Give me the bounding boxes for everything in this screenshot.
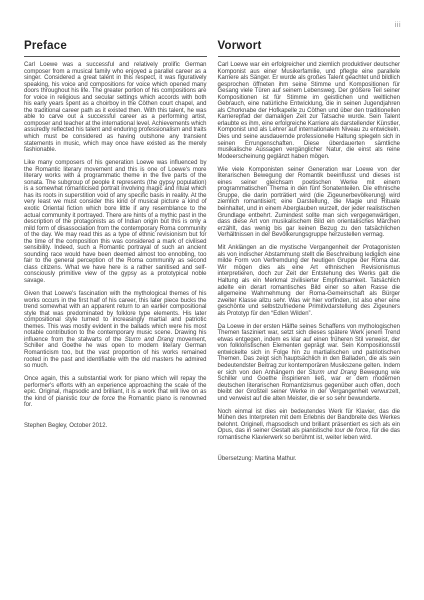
- preface-column: Preface Carl Loewe was a successful and …: [24, 40, 207, 429]
- two-column-layout: Preface Carl Loewe was a successful and …: [24, 40, 400, 462]
- paragraph: Carl Loewe was a successful and relative…: [24, 62, 207, 154]
- paragraph: Carl Loewe war ein erfolgreicher und zie…: [218, 62, 401, 160]
- paragraph: Like many composers of his generation Lo…: [24, 160, 207, 284]
- vorwort-signature: Übersetzung: Martina Mathur.: [218, 456, 401, 463]
- vorwort-title-rule: [218, 56, 401, 57]
- page-number: iii: [395, 22, 401, 29]
- paragraph: Once again, this a substantial work for …: [24, 376, 207, 409]
- document-page: iii Preface Carl Loewe was a successful …: [0, 0, 424, 600]
- preface-title-rule: [24, 56, 207, 57]
- paragraph: Da Loewe in der ersten Hälfte seines Sch…: [218, 324, 401, 403]
- paragraph: Noch einmal ist dies ein bedeutendes Wer…: [218, 409, 401, 442]
- vorwort-column: Vorwort Carl Loewe war ein erfolgreicher…: [218, 40, 401, 462]
- paragraph: Mit Anklängen an die mystische Vergangen…: [218, 245, 401, 317]
- preface-body: Carl Loewe was a successful and relative…: [24, 62, 207, 409]
- vorwort-title: Vorwort: [218, 40, 401, 53]
- preface-signature: Stephen Begley, October 2012.: [24, 423, 207, 430]
- paragraph: Given that Loewe's fascination with the …: [24, 291, 207, 370]
- vorwort-body: Carl Loewe war ein erfolgreicher und zie…: [218, 62, 401, 442]
- paragraph: Wie viele Komponisten seiner Generation …: [218, 167, 401, 239]
- preface-title: Preface: [24, 40, 207, 53]
